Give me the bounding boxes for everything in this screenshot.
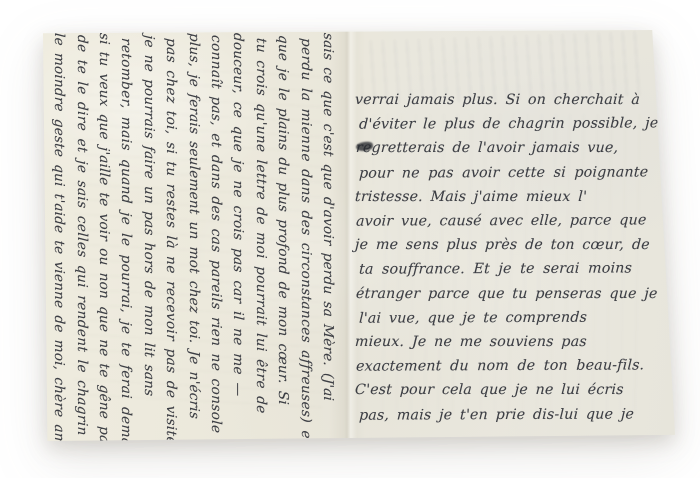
handwriting-line: si tu veux que j'aille te voir ou non qu… — [93, 32, 115, 439]
handwriting-line: de te le dire et je sais celles qui rend… — [70, 34, 92, 439]
letter-photograph: sais ce que c'est que d'avoir perdu sa M… — [0, 0, 700, 478]
handwriting-line: je me sens plus près de ton cœur, de — [354, 233, 657, 257]
letter-bifolium: sais ce que c'est que d'avoir perdu sa M… — [43, 30, 675, 441]
handwriting-line: regretterais de l'avoir jamais vue, — [355, 136, 657, 160]
handwriting-line: je ne pourrais faire un pas hors de mon … — [137, 34, 159, 439]
letter-page-left: sais ce que c'est que d'avoir perdu sa M… — [47, 33, 341, 439]
handwriting-line: pas chez toi, si tu restes là ne recevoi… — [160, 37, 182, 439]
handwriting-line: pour ne pas avoir cette si poignante — [358, 160, 657, 186]
handwriting-line: d'éviter le plus de chagrin possible, je — [358, 112, 657, 138]
handwriting-line: exactement du nom de ton beau-fils. — [355, 354, 657, 380]
handwriting-line: tu crois qu'une lettre de moi pourrait l… — [249, 37, 271, 439]
handwriting-line: l'ai vue, que je te comprends — [358, 305, 657, 331]
handwriting-line: le moindre geste qui t'aide te vienne de… — [48, 32, 70, 439]
handwriting-line: douceur, ce que je ne crois pas car il n… — [227, 32, 249, 439]
handwriting-line: étranger parce que tu penseras que je — [355, 282, 657, 306]
handwriting-line: ta souffrance. Et je te serai moins — [358, 257, 657, 283]
handwriting-line: perdu la mienne dans des circonstances a… — [294, 37, 316, 439]
paper-shadow: sais ce que c'est que d'avoir perdu sa M… — [0, 0, 700, 478]
handwriting-line: que je le plains du plus profond de mon … — [272, 34, 294, 439]
handwriting-line: pas, mais je t'en prie dis-lui que je — [358, 402, 657, 428]
handwriting-line: mieux. Je ne me souviens pas — [354, 330, 657, 354]
letter-page-right: verrai jamais plus. Si on cherchait à d'… — [355, 88, 657, 427]
handwriting-line: C'est pour cela que je ne lui écris — [354, 378, 657, 402]
handwriting-line: connaît pas, et dans des cas pareils rie… — [205, 34, 227, 439]
handwriting-line: tristesse. Mais j'aime mieux l' — [354, 185, 657, 209]
handwriting-line: verrai jamais plus. Si on cherchait à — [354, 88, 657, 112]
handwriting-line: sais ce que c'est que d'avoir perdu sa M… — [317, 32, 339, 439]
handwriting-line: plus, je ferais seulement un mot chez to… — [182, 32, 204, 439]
handwriting-line: retomber, mais quand je le pourrai, je t… — [115, 37, 137, 439]
handwriting-line: avoir vue, causé avec elle, parce que — [355, 208, 657, 234]
rotated-handwriting-block: sais ce que c'est que d'avoir perdu sa M… — [47, 33, 339, 439]
